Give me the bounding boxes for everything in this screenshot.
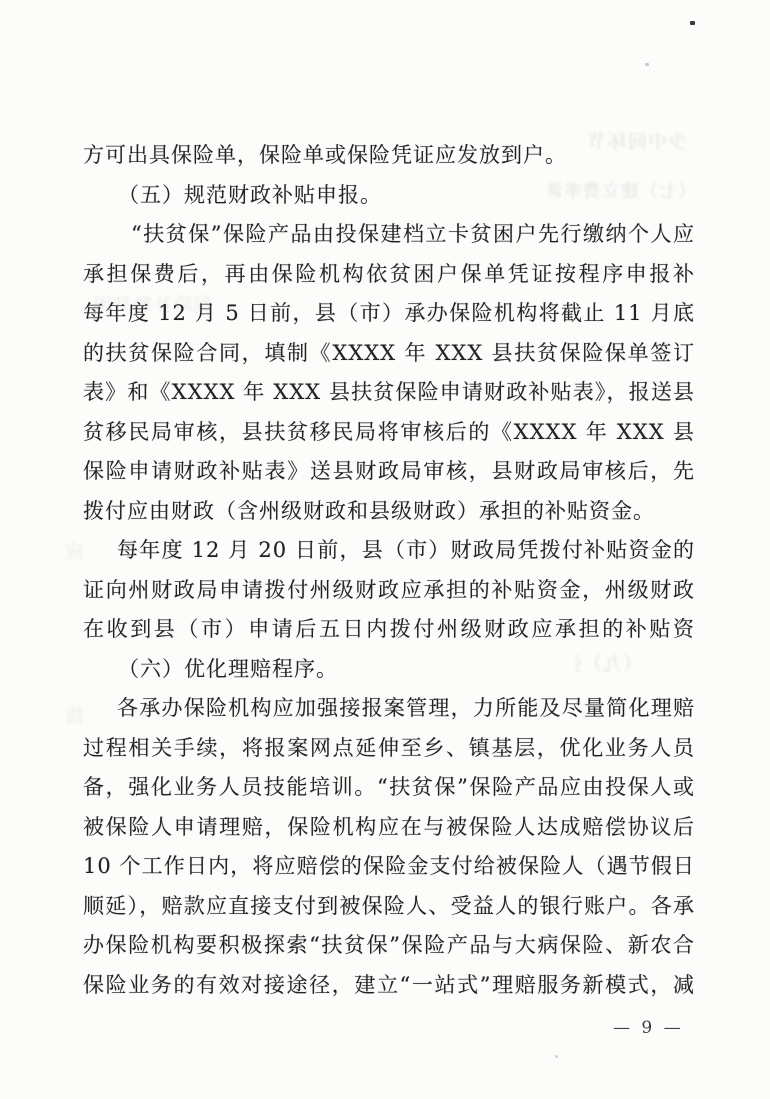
text-line: 表》和《XXXX 年 XXX 县扶贫保险申请财政补贴表》，报送县扶 [83, 373, 695, 413]
text-line: 保险申请财政补贴表》送县财政局审核，县财政局审核后，先行 [83, 452, 695, 492]
text-line: 被保险人申请理赔，保险机构应在与被保险人达成赔偿协议后 [83, 808, 695, 848]
text-line: 各承办保险机构应加强接报案管理，力所能及尽量简化理赔 [83, 689, 695, 729]
text-line: 保险业务的有效对接途径，建立“一站式”理赔服务新模式，减 [83, 966, 695, 1006]
section-heading: （五）规范财政补贴申报。 [83, 176, 695, 216]
scan-speck [555, 1055, 558, 1058]
section-heading: （六）优化理赔程序。 [83, 650, 695, 690]
page-number: — 9 — [613, 1018, 684, 1038]
bleed-through-text: 拨 [66, 701, 84, 741]
text-line: 10 个工作日内，将应赔偿的保险金支付给被保险人（遇节假日 [83, 847, 695, 887]
text-line: 证向州财政局申请拨付州级财政应承担的补贴资金，州级财政应 [83, 571, 695, 611]
bleed-through-text: 应 [62, 537, 84, 560]
text-line: 过程相关手续，将报案网点延伸至乡、镇基层，优化业务人员配 [83, 729, 695, 769]
text-line: 的扶贫保险合同，填制《XXXX 年 XXX 县扶贫保险保单签订明细 [83, 334, 695, 374]
document-page: 方可出具保险单，保险单或保险凭证应发放到户。 （五）规范财政补贴申报。 “扶贫保… [0, 0, 770, 1099]
text-line: “扶贫保”保险产品由投保建档立卡贫困户先行缴纳个人应 [83, 215, 695, 255]
text-line: 在收到县（市）申请后五日内拨付州级财政应承担的补贴资金。 [83, 610, 695, 650]
document-body: 方可出具保险单，保险单或保险凭证应发放到户。 （五）规范财政补贴申报。 “扶贫保… [83, 136, 695, 1005]
text-line: 方可出具保险单，保险单或保险凭证应发放到户。 [83, 136, 695, 176]
text-line: 备，强化业务人员技能培训。“扶贫保”保险产品应由投保人或 [83, 768, 695, 808]
text-line: 每年度 12 月 20 日前，县（市）财政局凭拨付补贴资金的凭 [83, 531, 695, 571]
text-line: 顺延），赔款应直接支付到被保险人、受益人的银行账户。各承 [83, 887, 695, 927]
text-line: 贫移民局审核，县扶贫移民局将审核后的《XXXX 年 XXX 县扶贫 [83, 413, 695, 453]
scan-speck [690, 21, 695, 25]
text-line: 办保险机构要积极探索“扶贫保”保险产品与大病保险、新农合 [83, 926, 695, 966]
text-line: 承担保费后，再由保险机构依贫困户保单凭证按程序申报补贴。 [83, 255, 695, 295]
scan-speck [645, 63, 649, 66]
text-line: 每年度 12 月 5 日前，县（市）承办保险机构将截止 11 月底签订 [83, 294, 695, 334]
text-line: 拨付应由财政（含州级财政和县级财政）承担的补贴资金。 [83, 492, 695, 532]
